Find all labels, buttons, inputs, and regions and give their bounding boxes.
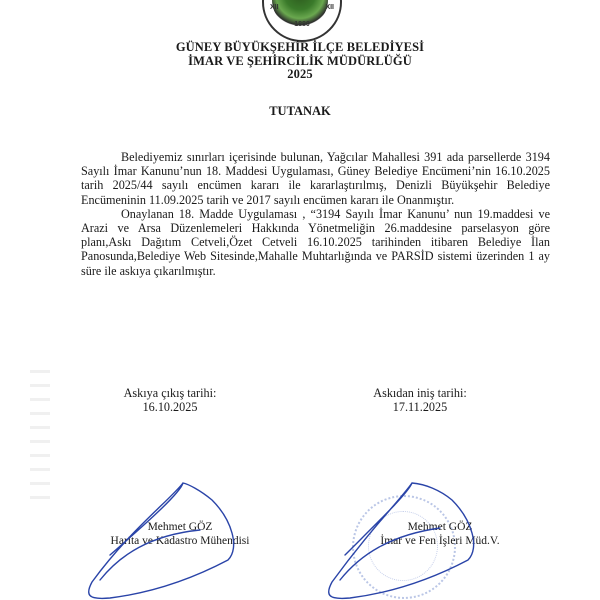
removal-date-block: Askıdan iniş tarihi: 17.11.2025 [350, 386, 490, 414]
signer-title: İmar ve Fen İşleri Müd.V. [340, 534, 540, 548]
signer-name: Mehmet GÖZ [90, 520, 270, 534]
removal-date-label: Askıdan iniş tarihi: [350, 386, 490, 400]
document-title: TUTANAK [0, 104, 600, 119]
header-year: 2025 [0, 68, 600, 82]
municipality-seal-icon: XII XII 1880 [262, 0, 342, 42]
scan-noise [30, 370, 50, 510]
document-header: GÜNEY BÜYÜKŞEHİR İLÇE BELEDİYESİ İMAR VE… [0, 41, 600, 82]
body-paragraph-2: Onaylanan 18. Madde Uygulaması , “3194 S… [81, 207, 550, 278]
signature-block-left: Mehmet GÖZ Harita ve Kadastro Mühendisi [90, 520, 270, 548]
posting-date-label: Askıya çıkış tarihi: [100, 386, 240, 400]
seal-side-right: XII [325, 4, 334, 11]
removal-date-value: 17.11.2025 [350, 400, 490, 414]
handwritten-signatures-icon [0, 0, 600, 600]
header-department: İMAR VE ŞEHİRCİLİK MÜDÜRLÜĞÜ [0, 55, 600, 69]
body-paragraph-1: Belediyemiz sınırları içerisinde bulunan… [81, 150, 550, 207]
posting-date-value: 16.10.2025 [100, 400, 240, 414]
signature-block-right: Mehmet GÖZ İmar ve Fen İşleri Müd.V. [340, 520, 540, 548]
seal-year: 1880 [264, 21, 340, 28]
signer-title: Harita ve Kadastro Mühendisi [90, 534, 270, 548]
seal-side-left: XII [270, 4, 279, 11]
posting-date-block: Askıya çıkış tarihi: 16.10.2025 [100, 386, 240, 414]
signer-name: Mehmet GÖZ [340, 520, 540, 534]
header-institution: GÜNEY BÜYÜKŞEHİR İLÇE BELEDİYESİ [0, 41, 600, 55]
document-body: Belediyemiz sınırları içerisinde bulunan… [81, 150, 550, 278]
